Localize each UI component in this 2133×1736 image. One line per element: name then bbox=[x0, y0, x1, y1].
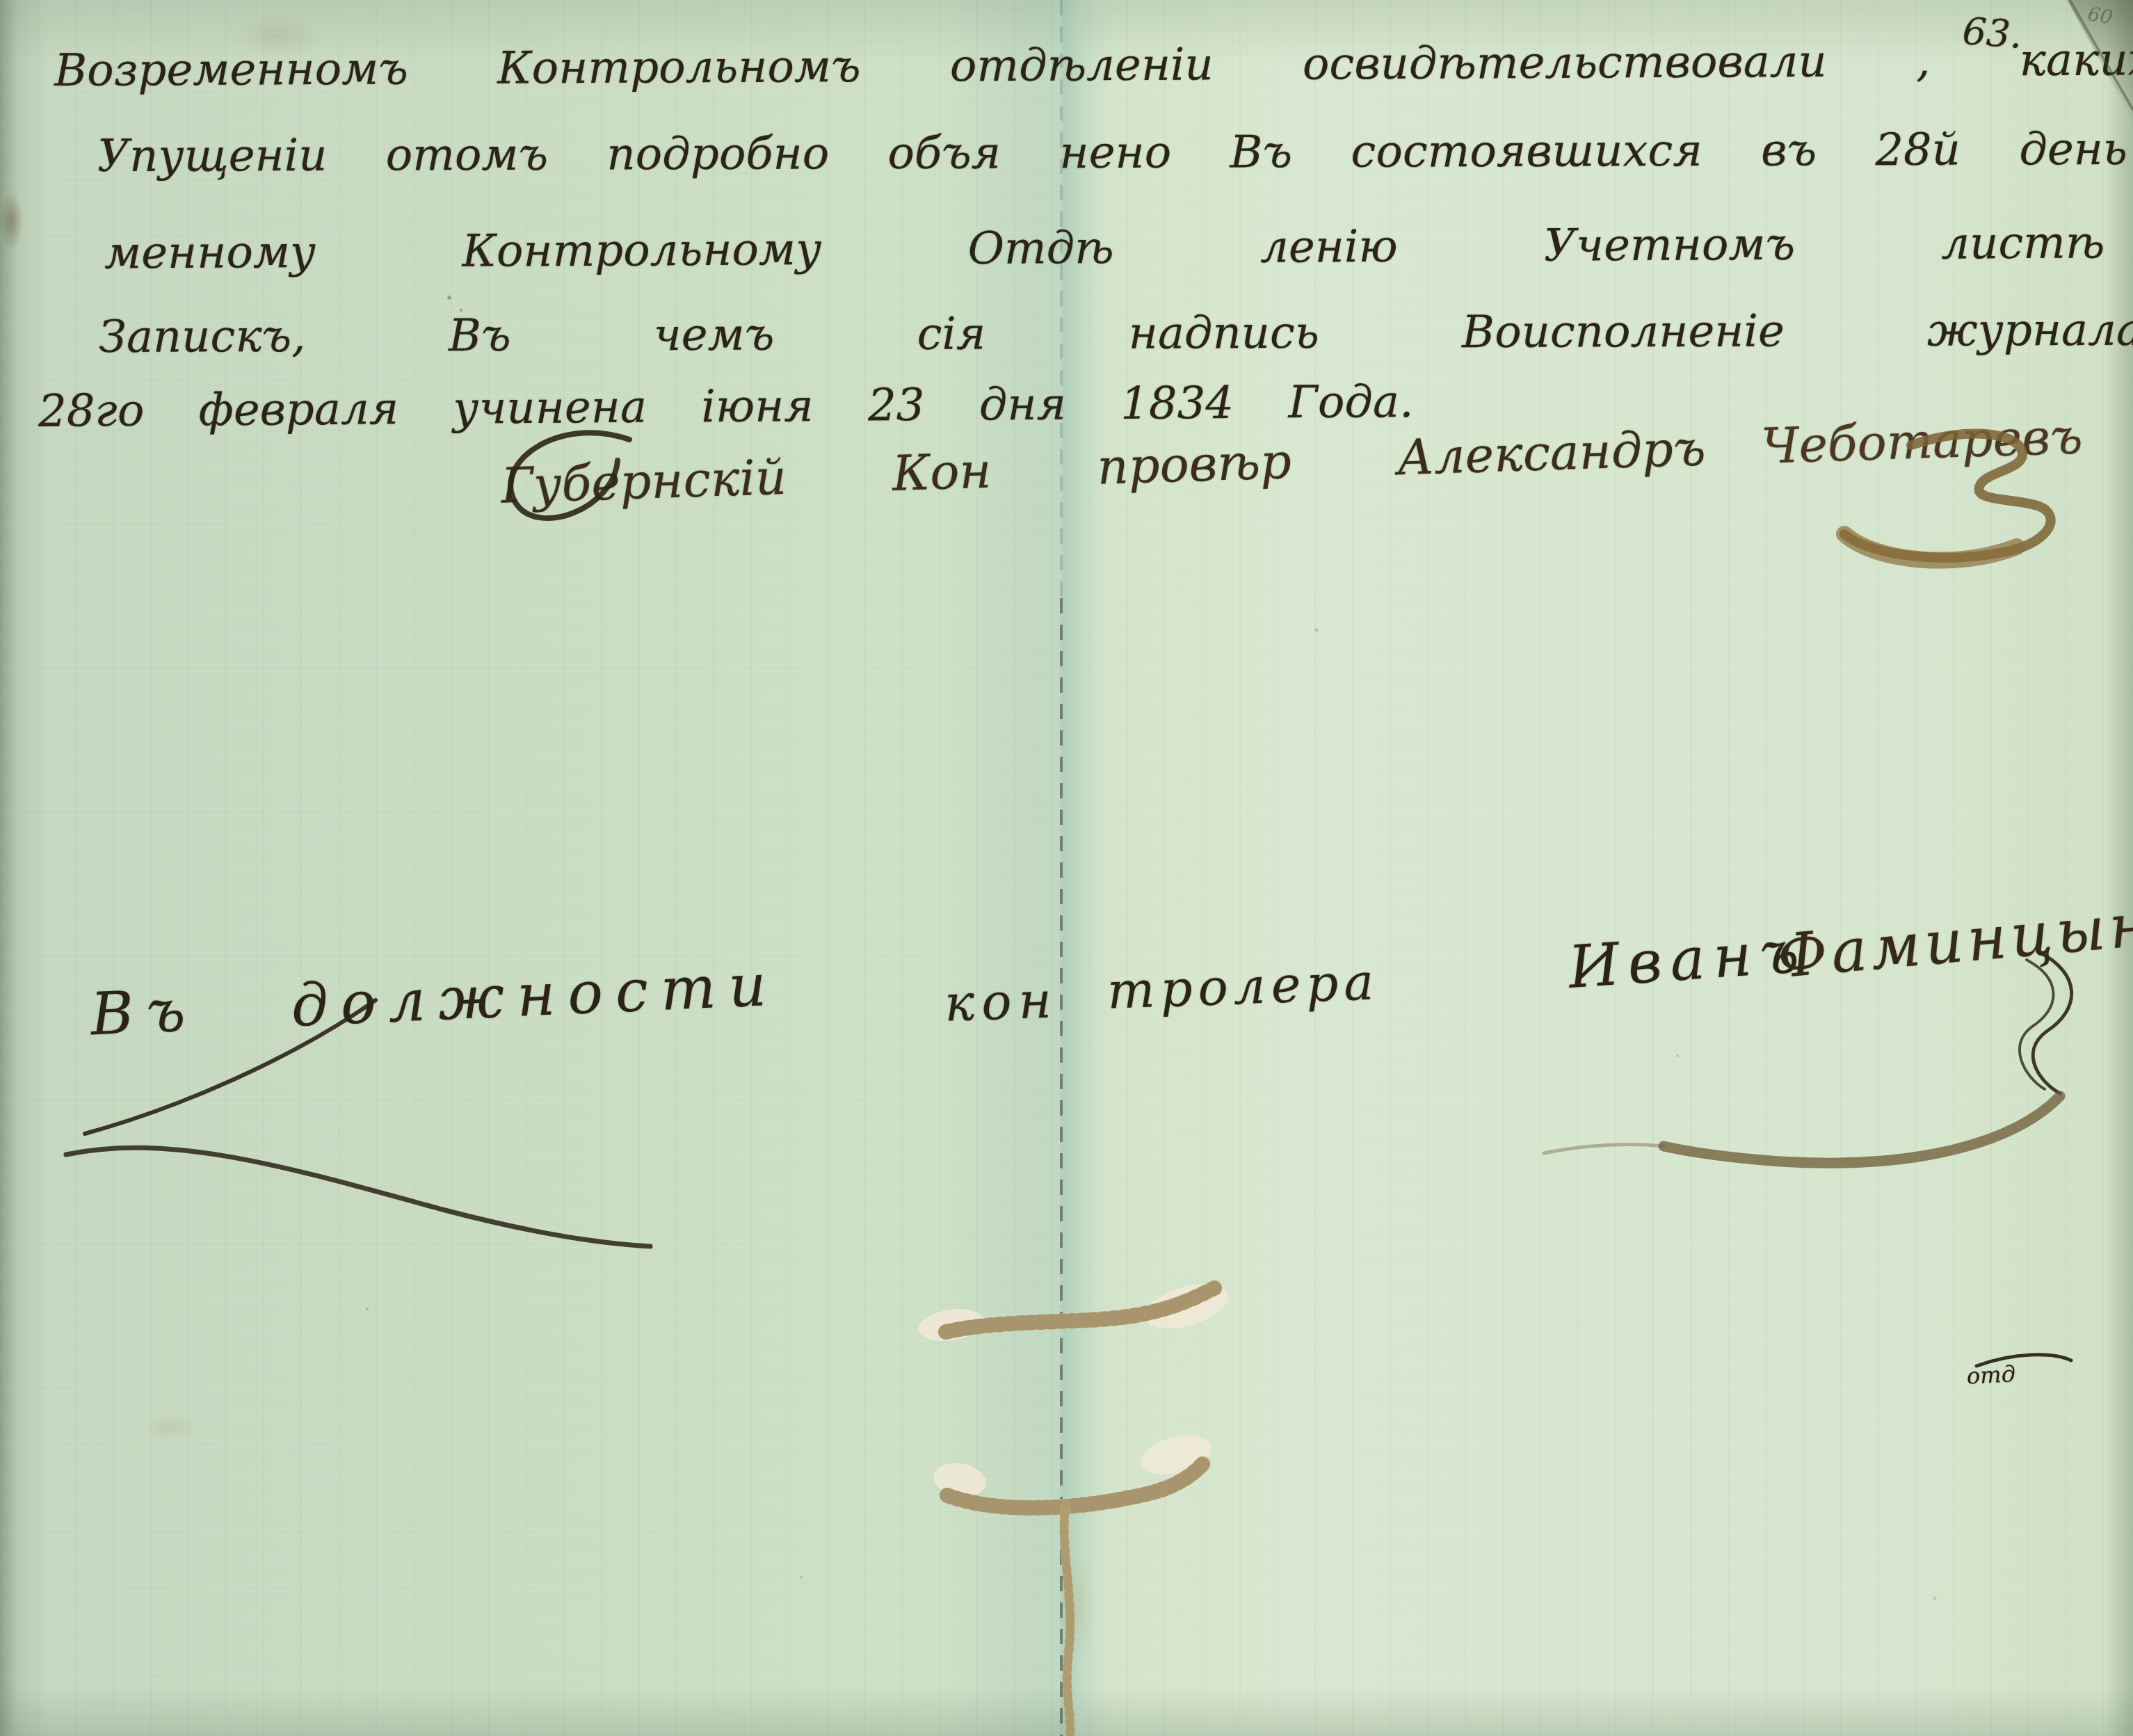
margin-note: отд bbox=[1966, 1360, 2016, 1390]
attestation-underline-sweep bbox=[66, 1148, 650, 1246]
stitch-slot bbox=[1140, 1276, 1234, 1337]
center-fold-crease-lower bbox=[1060, 598, 1063, 1736]
manuscript-line-4: Запискъ, Въ чемъ сія надпись Воисполнені… bbox=[99, 303, 2133, 363]
page-number-ink: 63. bbox=[1961, 9, 2024, 57]
signature-name: Чеботаревъ bbox=[1760, 408, 2084, 474]
signature-brown-flourish-heavy-tail bbox=[1844, 534, 2017, 561]
surname-sweep-hairline bbox=[1544, 1145, 1664, 1153]
manuscript-line-2: Упущеніи отомъ подробно объя нено Въ сос… bbox=[97, 122, 2133, 182]
manuscript-spread: Возременномъ Контрольномъ отдѣленіи осви… bbox=[0, 0, 2133, 1736]
attestation-word-trolera: тролера bbox=[1106, 952, 1381, 1020]
surname-s-flourish-outer bbox=[2033, 951, 2071, 1093]
attestation-prefix: Въ должности bbox=[89, 950, 780, 1048]
attestation-word-kon: кон bbox=[944, 970, 1060, 1033]
signature-title: Губернскій Кон провѣр Александръ bbox=[500, 419, 1706, 514]
stitch-slot bbox=[916, 1305, 986, 1345]
surname-fading-sweep bbox=[1664, 1096, 2060, 1163]
manuscript-line-3: менному Контрольному Отдѣ ленію Учетномъ… bbox=[104, 214, 2133, 279]
attestation-name: Иванъ bbox=[1566, 917, 1810, 1002]
manuscript-line-1: Возременномъ Контрольномъ отдѣленіи осви… bbox=[54, 31, 2133, 97]
stitch-slot bbox=[1137, 1429, 1216, 1481]
page-number-pencil: 60 bbox=[2086, 2, 2114, 29]
stitch-slot bbox=[931, 1459, 988, 1501]
manuscript-line-5: 28го февраля учинена іюня 23 дня 1834 Го… bbox=[38, 376, 1414, 437]
surname-s-flourish-inner bbox=[2020, 960, 2054, 1089]
attestation-surname: Фаминцынъ bbox=[1775, 886, 2133, 992]
